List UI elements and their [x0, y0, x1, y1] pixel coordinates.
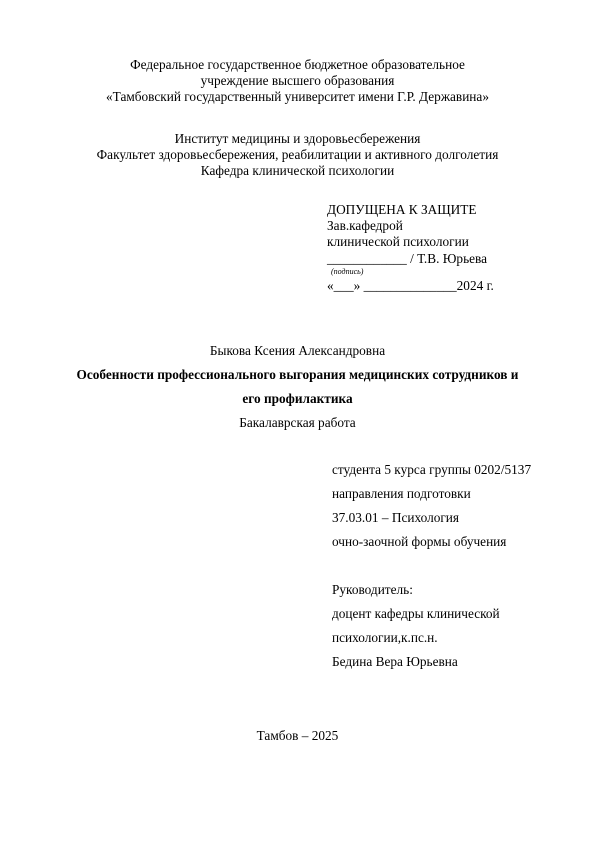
thesis-title-line-1: Особенности профессионального выгорания …: [0, 367, 595, 383]
student-info-line-4: очно-заочной формы обучения: [332, 534, 506, 550]
supervisor-name: Бедина Вера Юрьевна: [332, 654, 458, 670]
approval-line-2: клинической психологии: [327, 234, 469, 250]
supervisor-line-2: психологии,к.пс.н.: [332, 630, 438, 646]
student-info-line-2: направления подготовки: [332, 486, 471, 502]
signature-caption: (подпись): [331, 267, 363, 277]
approval-date-line: «___» ______________2024 г.: [327, 278, 494, 294]
supervisor-label: Руководитель:: [332, 582, 413, 598]
department-name: Кафедра клинической психологии: [0, 163, 595, 179]
org-line-3: «Тамбовский государственный университет …: [0, 89, 595, 105]
student-info-line-3: 37.03.01 – Психология: [332, 510, 459, 526]
student-info-line-1: студента 5 курса группы 0202/5137: [332, 462, 531, 478]
supervisor-line-1: доцент кафедры клинической: [332, 606, 500, 622]
faculty-name: Факультет здоровьесбережения, реабилитац…: [0, 147, 595, 163]
org-line-1: Федеральное государственное бюджетное об…: [0, 57, 595, 73]
approval-line-1: Зав.кафедрой: [327, 218, 403, 234]
city-year: Тамбов – 2025: [0, 728, 595, 744]
thesis-title-line-2: его профилактика: [0, 391, 595, 407]
author-name: Быкова Ксения Александровна: [0, 343, 595, 359]
work-type: Бакалаврская работа: [0, 415, 595, 431]
approval-title: ДОПУЩЕНА К ЗАЩИТЕ: [327, 202, 476, 218]
org-line-2: учреждение высшего образования: [0, 73, 595, 89]
signature-line: ____________ / Т.В. Юрьева: [327, 251, 487, 267]
institute-name: Институт медицины и здоровьесбережения: [0, 131, 595, 147]
